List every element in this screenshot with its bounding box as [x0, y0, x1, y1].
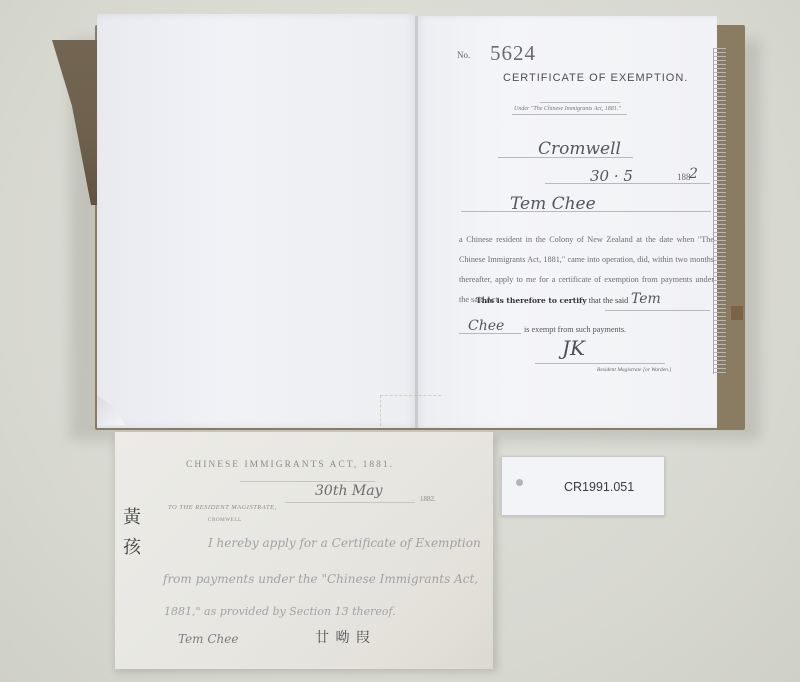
- certificate-title: CERTIFICATE OF EXEMPTION.: [503, 72, 688, 84]
- catalogue-id: CR1991.051: [564, 480, 634, 494]
- given-name-handwritten: Tem: [631, 291, 661, 307]
- town-text: CROMWELL: [208, 517, 242, 523]
- surname-rule: [459, 333, 521, 334]
- certify-rest-text: that the said: [589, 296, 629, 305]
- chinese-name-char-1: 黃: [123, 503, 141, 529]
- application-title-rule: [240, 481, 375, 482]
- certificate-number-label: No.: [457, 50, 470, 60]
- magistrate-signature: JK: [562, 336, 585, 360]
- under-act-rule: [512, 114, 627, 115]
- addressee-text: TO THE RESIDENT MAGISTRATE,: [168, 504, 277, 511]
- place-handwritten: Cromwell: [538, 139, 621, 159]
- chinese-name-char-2: 孩: [123, 533, 141, 559]
- name-rule: [461, 211, 711, 212]
- page-stain: [380, 395, 441, 426]
- application-date-handwritten: 30th May: [315, 483, 383, 499]
- application-date-rule: [285, 502, 415, 503]
- year-handwritten: 2: [689, 166, 698, 182]
- title-rule: [540, 102, 620, 103]
- date-rule: [545, 183, 710, 184]
- place-rule: [498, 157, 633, 158]
- application-text-line-3: 1881," as provided by Section 13 thereof…: [164, 605, 396, 618]
- tag-hole: [516, 479, 523, 486]
- certify-line: This is therefore to certify that the sa…: [476, 296, 628, 305]
- surname-handwritten: Chee: [468, 318, 504, 334]
- perforated-edge: [713, 48, 726, 374]
- application-year: 1882.: [420, 495, 436, 503]
- binding-tab: [731, 306, 743, 320]
- certificate-number: 5624: [490, 41, 536, 66]
- catalogue-tag: CR1991.051: [501, 456, 665, 516]
- booklet-gutter: [415, 16, 418, 428]
- applicant-signature-english: Tem Chee: [178, 632, 238, 646]
- booklet-left-page: [97, 14, 417, 428]
- certificate-under-act: Under "The Chinese Immigrants Act, 1881.…: [514, 106, 621, 112]
- given-name-rule: [605, 310, 710, 311]
- certify-bold-text: This is therefore to certify: [476, 296, 587, 305]
- application-title: CHINESE IMMIGRANTS ACT, 1881.: [186, 460, 394, 470]
- signature-rule: [535, 363, 665, 364]
- application-text-line-1: I hereby apply for a Certificate of Exem…: [208, 536, 481, 550]
- application-text-line-2: from payments under the "Chinese Immigra…: [163, 572, 478, 586]
- signatory-label: Resident Magistrate [or Warden.]: [597, 367, 671, 373]
- exempt-text: is exempt from such payments.: [524, 325, 626, 334]
- applicant-signature-chinese: 廿 呦 叚: [315, 627, 371, 647]
